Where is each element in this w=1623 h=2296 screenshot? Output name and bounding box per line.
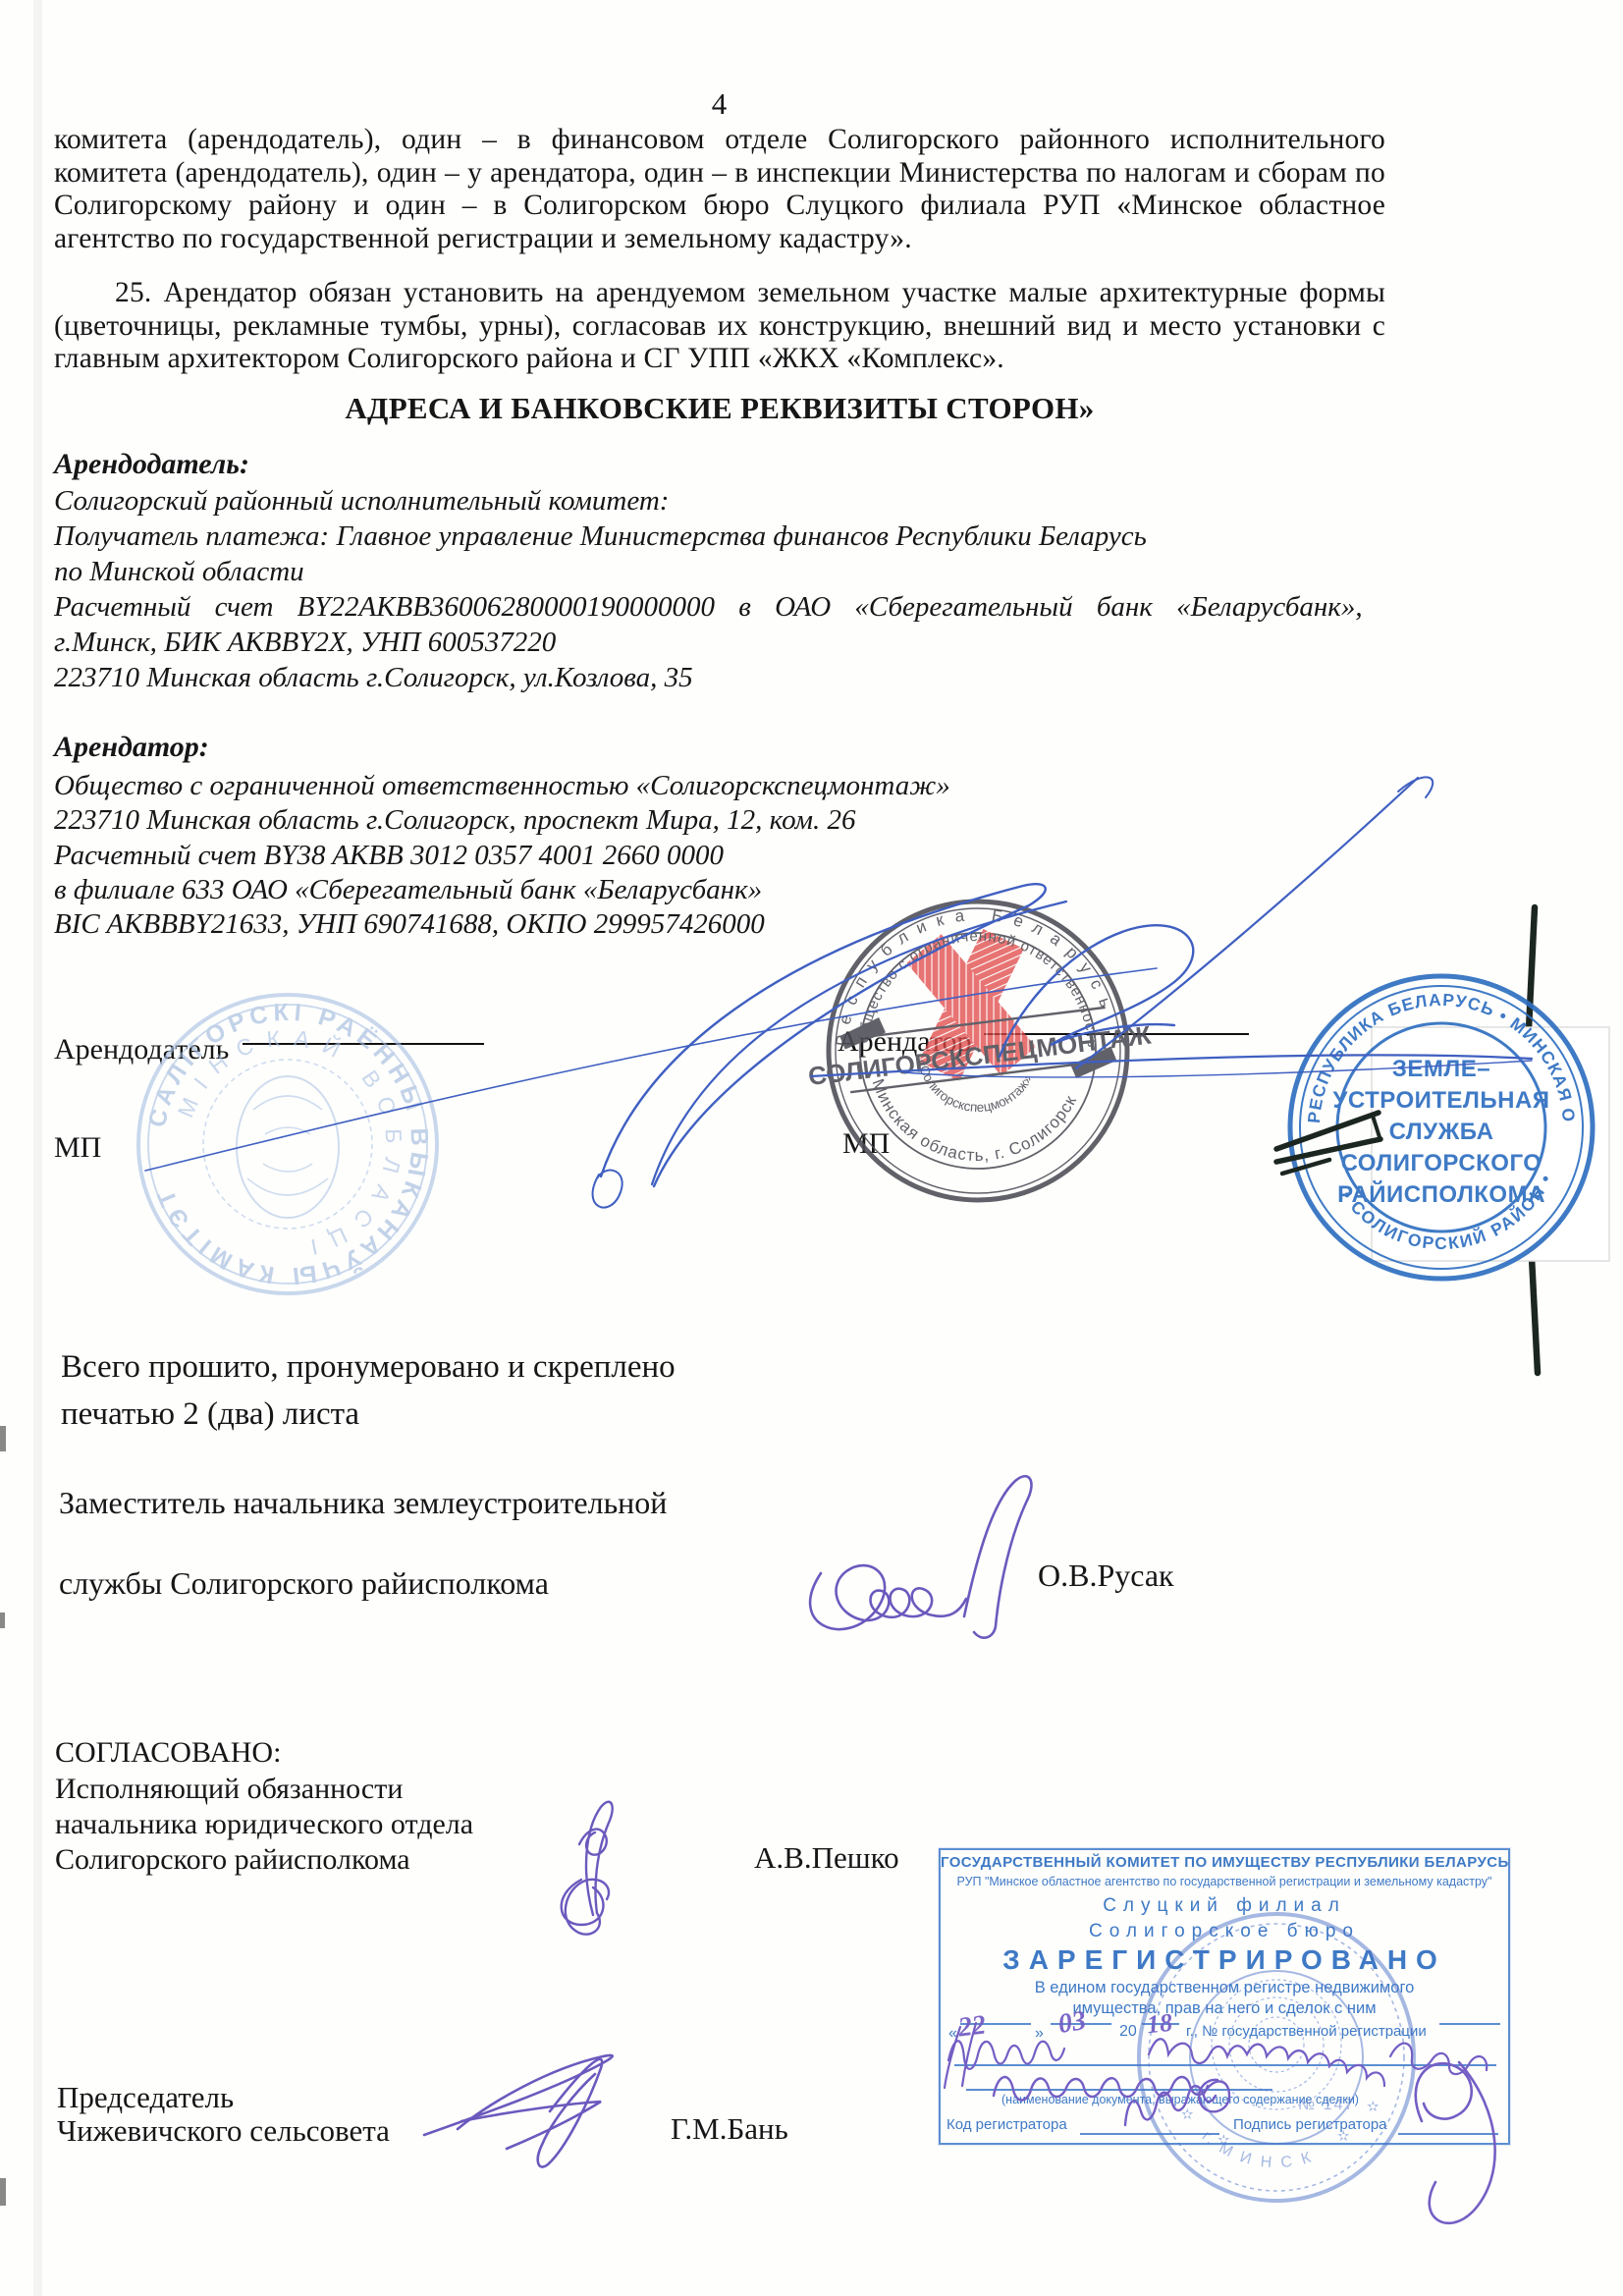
svg-text:• СОЛИГОРСКИЙ РАЙОН •: • СОЛИГОРСКИЙ РАЙОН • <box>1337 1170 1556 1253</box>
handwritten-year: 18 <box>1146 2008 1174 2041</box>
reg-number-line <box>1439 2023 1500 2025</box>
rusak-signature <box>810 1476 1031 1637</box>
registrar-code-line <box>1080 2133 1219 2135</box>
deputy-name: О.В.Русак <box>1038 1558 1174 1594</box>
landlord-label: Арендодатель: <box>54 448 249 481</box>
landsurvey-seal-line: УСТРОИТЕЛЬНАЯ <box>1332 1087 1549 1114</box>
tenant-signature-line <box>984 1033 1249 1035</box>
approved-line: Солигорского райисполкома <box>55 1843 410 1877</box>
registration-stamp-line: ГОСУДАРСТВЕННЫЙ КОМИТЕТ ПО ИМУЩЕСТВУ РЕС… <box>941 1854 1508 1871</box>
doc-name-line <box>954 2064 1496 2066</box>
chairman-name: Г.М.Бань <box>671 2111 788 2147</box>
tenant-line: 223710 Минская область г.Солигорск, прос… <box>54 804 856 837</box>
landsurvey-seal-line: РАЙИСПОЛКОМА <box>1337 1180 1545 1208</box>
mp-center-label: МП <box>842 1127 890 1161</box>
registration-stamp-line: РУП "Минское областное агентство по госу… <box>941 1875 1508 1888</box>
scan-artifact <box>0 1613 5 1628</box>
registrar-sign-label: Подпись регистратора <box>1233 2116 1387 2133</box>
landlord-signature-line <box>243 1043 484 1045</box>
registrar-sign-line <box>1398 2133 1498 2135</box>
binding-thread <box>1529 907 1538 1373</box>
tenant-signature-label: Арендатор <box>838 1025 972 1059</box>
tenant-line-account: Расчетный счет BY38 AKBB 3012 0357 4001 … <box>54 840 724 872</box>
approved-line: начальника юридического отдела <box>55 1808 473 1841</box>
landlord-line: Солигорский районный исполнительный коми… <box>54 485 669 518</box>
registrar-code-label: Код регистратора <box>947 2116 1067 2133</box>
registration-stamp-line: имущества, прав на него и сделок с ним <box>941 1999 1508 2018</box>
registration-stamp: ГОСУДАРСТВЕННЫЙ КОМИТЕТ ПО ИМУЩЕСТВУ РЕС… <box>939 1848 1510 2145</box>
landlord-line: 223710 Минская область г.Солигорск, ул.К… <box>54 662 693 694</box>
approved-name: А.В.Пешко <box>754 1840 899 1876</box>
quote-close: » <box>1035 2025 1044 2043</box>
landlord-line: г.Минск, БИК AKBBY2X, УНП 600537220 <box>54 627 556 659</box>
tenant-line: Общество с ограниченной ответственностью… <box>54 770 950 802</box>
binding-note-line: Всего прошито, пронумеровано и скреплено <box>61 1349 676 1386</box>
landsurvey-seal-ring-bottom: • СОЛИГОРСКИЙ РАЙОН • <box>1337 1170 1556 1253</box>
page-number: 4 <box>54 86 1384 122</box>
date-year-prefix: 20 <box>1119 2023 1137 2041</box>
scan-edge-shadow <box>33 0 42 2296</box>
handwritten-month: 03 <box>1056 2005 1089 2041</box>
landlord-line-account: Расчетный счет BY22AKBB36006280000190000… <box>54 591 1363 624</box>
doc-name-caption: (наименование документа, выражающего сод… <box>1001 2093 1359 2106</box>
quote-open: « <box>948 2025 957 2043</box>
registration-stamp-branch: Слуцкий филиал <box>941 1895 1508 1917</box>
reg-number-label: г., № государственной регистрации <box>1186 2023 1427 2040</box>
svg-text:«Солигорскспецмонтаж»: «Солигорскспецмонтаж» <box>915 1058 1035 1115</box>
chairman-line: Председатель <box>57 2080 234 2115</box>
deputy-title-line: службы Солигорского райисполкома <box>59 1565 549 1602</box>
section-heading: АДРЕСА И БАНКОВСКИЕ РЕКВИЗИТЫ СТОРОН» <box>54 391 1385 426</box>
approved-label: СОГЛАСОВАНО: <box>55 1736 281 1770</box>
ban-signature <box>424 2055 613 2167</box>
peshko-signature <box>562 1802 613 1935</box>
glued-paper-patch <box>1372 1027 1609 1261</box>
svg-text:Минская область, г. Солигорск: Минская область, г. Солигорск <box>868 1076 1080 1165</box>
approved-line: Исполняющий обязанности <box>55 1773 403 1806</box>
landsurvey-seal-line: СОЛИГОРСКОГО <box>1341 1150 1542 1176</box>
tenant-line: BIC AKBBBY21633, УНП 690741688, ОКПО 299… <box>54 908 765 941</box>
registration-stamp-line: В едином государственном регистре недвиж… <box>941 1979 1508 1997</box>
tenant-label: Арендатор: <box>54 731 209 764</box>
mp-left-label: МП <box>54 1131 101 1165</box>
landsurvey-seal-line: СЛУЖБА <box>1389 1119 1494 1145</box>
registration-stamp-bureau: Солигорское бюро <box>941 1921 1508 1942</box>
tenant-seal-ring-bottom: Минская область, г. Солигорск <box>868 1076 1080 1165</box>
binding-thread-knot <box>1276 1113 1380 1174</box>
landsurvey-seal-line: ЗЕМЛЕ– <box>1392 1056 1490 1082</box>
tenant-line: в филиале 633 ОАО «Сберегательный банк «… <box>54 874 762 906</box>
tenant-seal-logo <box>903 924 1039 1085</box>
doc-name-line <box>966 2089 1272 2091</box>
scan-artifact <box>0 2178 6 2206</box>
paragraph-24-continuation: комитета (арендодатель), один – в финанс… <box>54 124 1385 255</box>
paragraph-25: 25. Арендатор обязан установить на аренд… <box>54 277 1385 376</box>
scan-artifact <box>0 1426 6 1451</box>
tenant-seal-small-name: «Солигорскспецмонтаж» <box>915 1058 1035 1115</box>
binding-note-line: печатью 2 (два) листа <box>61 1396 359 1433</box>
registration-stamp-registered: ЗАРЕГИСТРИРОВАНО <box>941 1944 1508 1976</box>
handwritten-day: 22 <box>956 2009 988 2044</box>
landlord-line: по Минской области <box>54 556 304 588</box>
scanned-document-page: 4 комитета (арендодатель), один – в фина… <box>0 0 1623 2296</box>
landlord-line: Получатель платежа: Главное управление М… <box>54 520 1147 553</box>
landlord-signature-label: Арендодатель <box>54 1033 229 1066</box>
deputy-title-line: Заместитель начальника землеустроительно… <box>59 1485 667 1521</box>
chairman-line: Чижевичского сельсовета <box>57 2113 390 2149</box>
